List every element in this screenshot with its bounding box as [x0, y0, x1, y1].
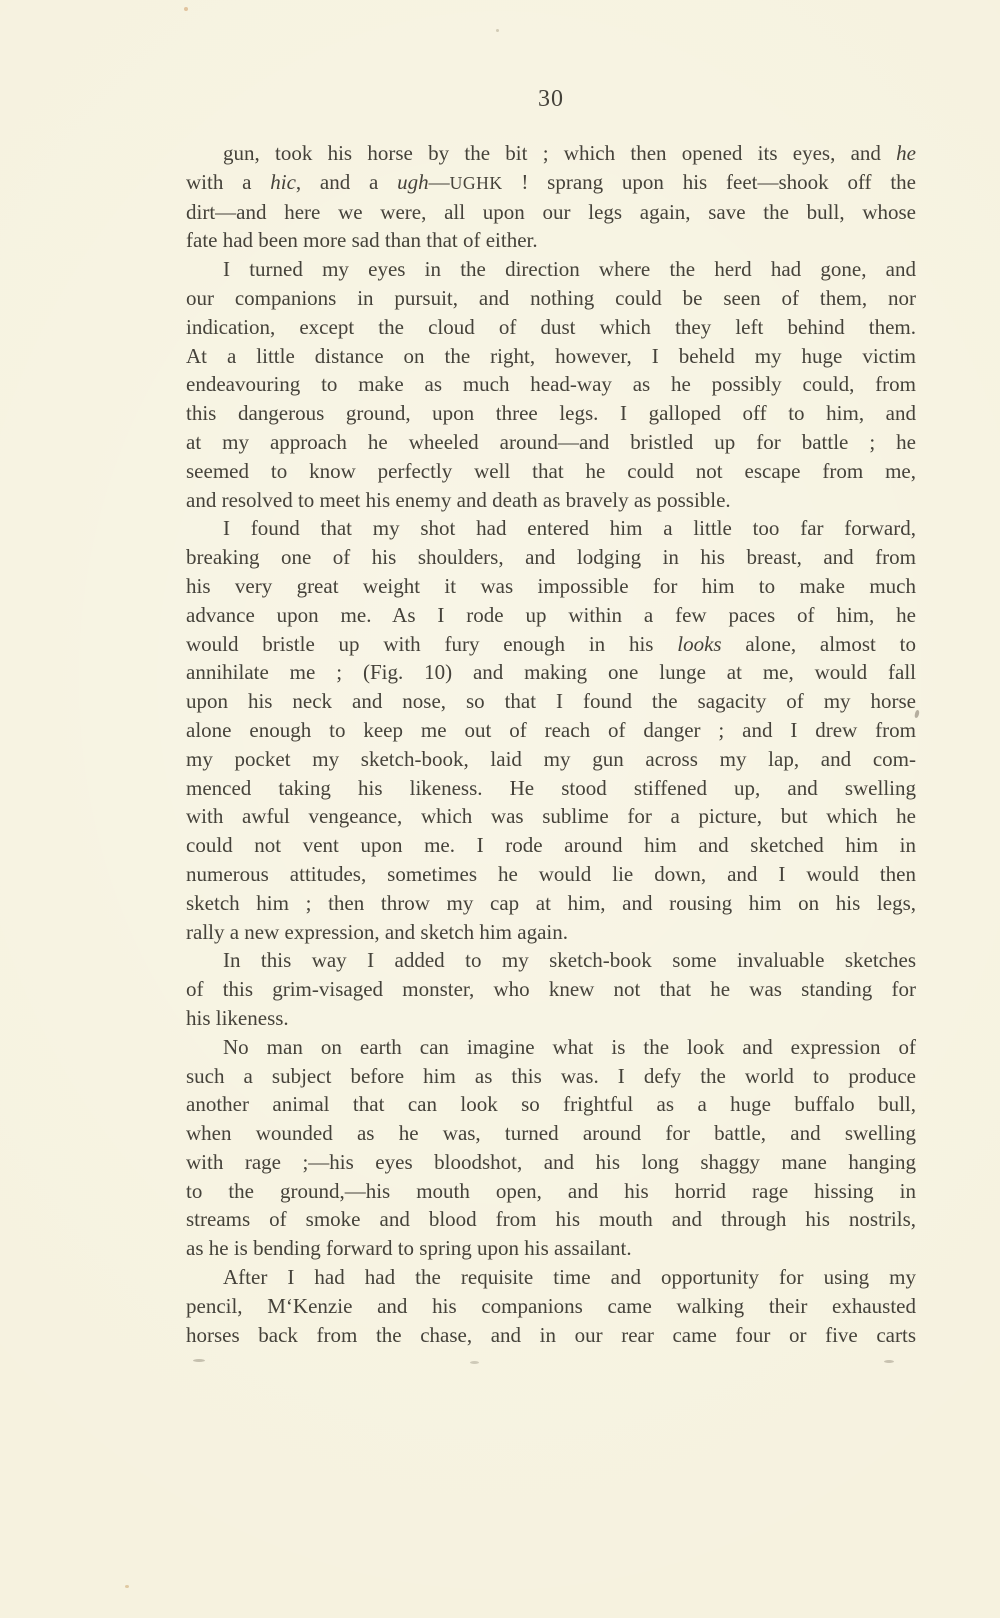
text-segment: I found that my shot had entered him a l… [223, 516, 916, 540]
paragraph: In this way I added to my sketch-book so… [186, 946, 916, 1032]
text-line: to the ground,—his mouth open, and his h… [186, 1177, 916, 1206]
text-segment: After I had had the requisite time and o… [223, 1265, 916, 1289]
text-segment: UGHK [450, 173, 503, 193]
text-segment: No man on earth can imagine what is the … [223, 1035, 916, 1059]
text-line: seemed to know perfectly well that he co… [186, 457, 916, 486]
text-line: would bristle up with fury enough in his… [186, 630, 916, 659]
text-line: and resolved to meet his enemy and death… [186, 486, 916, 515]
text-segment: sketch him ; then throw my cap at him, a… [186, 891, 916, 915]
text-segment: rally a new expression, and sketch him a… [186, 920, 568, 944]
text-line: sketch him ; then throw my cap at him, a… [186, 889, 916, 918]
scan-artifact [496, 29, 499, 32]
text-line: when wounded as he was, turned around fo… [186, 1119, 916, 1148]
text-segment: my pocket my sketch-book, laid my gun ac… [186, 747, 916, 771]
scan-artifact [884, 1360, 894, 1363]
text-segment: at my approach he wheeled around—and bri… [186, 430, 916, 454]
text-segment: he [896, 141, 916, 165]
paragraph: I found that my shot had entered him a l… [186, 514, 916, 946]
page-number: 30 [186, 86, 916, 113]
text-segment: breaking one of his shoulders, and lodgi… [186, 545, 916, 569]
text-line: his likeness. [186, 1004, 916, 1033]
scan-artifact [184, 7, 188, 11]
text-segment: and resolved to meet his enemy and death… [186, 488, 731, 512]
text-segment: fate had been more sad than that of eith… [186, 228, 538, 252]
text-segment: dirt—and here we were, all upon our legs… [186, 200, 916, 224]
text-segment: his likeness. [186, 1006, 289, 1030]
text-segment: annihilate me ; (Fig. 10) and making one… [186, 660, 916, 684]
text-line: endeavouring to make as much head-way as… [186, 370, 916, 399]
text-line: I found that my shot had entered him a l… [186, 514, 916, 543]
text-line: my pocket my sketch-book, laid my gun ac… [186, 745, 916, 774]
text-segment: pencil, M‘Kenzie and his companions came… [186, 1294, 916, 1318]
text-line: rally a new expression, and sketch him a… [186, 918, 916, 947]
page-text: gun, took his horse by the bit ; which t… [186, 139, 916, 1349]
text-segment: endeavouring to make as much head-way as… [186, 372, 916, 396]
text-line: streams of smoke and blood from his mout… [186, 1205, 916, 1234]
text-line: could not vent upon me. I rode around hi… [186, 831, 916, 860]
scan-artifact [193, 1359, 205, 1362]
text-segment: when wounded as he was, turned around fo… [186, 1121, 916, 1145]
book-page: 30 gun, took his horse by the bit ; whic… [0, 0, 1000, 1618]
text-segment: with awful vengeance, which was sublime … [186, 804, 916, 828]
text-segment: I turned my eyes in the direction where … [223, 257, 916, 281]
text-segment: — [429, 170, 450, 194]
text-segment: our companions in pursuit, and nothing c… [186, 286, 916, 310]
text-line: our companions in pursuit, and nothing c… [186, 284, 916, 313]
text-line: at my approach he wheeled around—and bri… [186, 428, 916, 457]
text-segment: ugh [397, 170, 429, 194]
text-line: such a subject before him as this was. I… [186, 1062, 916, 1091]
text-line: fate had been more sad than that of eith… [186, 226, 916, 255]
text-line: this dangerous ground, upon three legs. … [186, 399, 916, 428]
text-line: I turned my eyes in the direction where … [186, 255, 916, 284]
text-line: indication, except the cloud of dust whi… [186, 313, 916, 342]
text-segment: At a little distance on the right, howev… [186, 344, 916, 368]
text-segment: would bristle up with fury enough in his [186, 632, 677, 656]
text-line: No man on earth can imagine what is the … [186, 1033, 916, 1062]
text-segment: of this grim-visaged monster, who knew n… [186, 977, 916, 1001]
text-segment: alone, almost to [722, 632, 916, 656]
paragraph: I turned my eyes in the direction where … [186, 255, 916, 514]
text-segment: horses back from the chase, and in our r… [186, 1323, 916, 1347]
text-segment: gun, took his horse by the bit ; which t… [223, 141, 896, 165]
text-line: At a little distance on the right, howev… [186, 342, 916, 371]
text-segment: could not vent upon me. I rode around hi… [186, 833, 916, 857]
text-segment: , and a [296, 170, 397, 194]
text-segment: menced taking his likeness. He stood sti… [186, 776, 916, 800]
text-segment: streams of smoke and blood from his mout… [186, 1207, 916, 1231]
text-line: upon his neck and nose, so that I found … [186, 687, 916, 716]
text-segment: such a subject before him as this was. I… [186, 1064, 916, 1088]
text-line: advance upon me. As I rode up within a f… [186, 601, 916, 630]
text-segment: with rage ;—his eyes bloodshot, and his … [186, 1150, 916, 1174]
text-line: breaking one of his shoulders, and lodgi… [186, 543, 916, 572]
text-line: numerous attitudes, sometimes he would l… [186, 860, 916, 889]
text-segment: seemed to know perfectly well that he co… [186, 459, 916, 483]
text-segment: another animal that can look so frightfu… [186, 1092, 916, 1116]
text-segment: to the ground,—his mouth open, and his h… [186, 1179, 916, 1203]
text-line: gun, took his horse by the bit ; which t… [186, 139, 916, 168]
text-line: horses back from the chase, and in our r… [186, 1321, 916, 1350]
text-line: another animal that can look so frightfu… [186, 1090, 916, 1119]
text-segment: his very great weight it was impossible … [186, 574, 916, 598]
text-line: as he is bending forward to spring upon … [186, 1234, 916, 1263]
text-segment: advance upon me. As I rode up within a f… [186, 603, 916, 627]
text-segment: with a [186, 170, 270, 194]
text-segment: as he is bending forward to spring upon … [186, 1236, 632, 1260]
text-line: After I had had the requisite time and o… [186, 1263, 916, 1292]
text-segment: ! sprang upon his feet—shook off the [503, 170, 916, 194]
paragraph: After I had had the requisite time and o… [186, 1263, 916, 1349]
paragraph: gun, took his horse by the bit ; which t… [186, 139, 916, 255]
text-line: dirt—and here we were, all upon our legs… [186, 198, 916, 227]
text-segment: looks [677, 632, 721, 656]
paragraph: No man on earth can imagine what is the … [186, 1033, 916, 1263]
text-line: of this grim-visaged monster, who knew n… [186, 975, 916, 1004]
text-segment: In this way I added to my sketch-book so… [223, 948, 916, 972]
text-line: with a hic, and a ugh—UGHK ! sprang upon… [186, 168, 916, 198]
text-line: his very great weight it was impossible … [186, 572, 916, 601]
text-segment: hic [270, 170, 296, 194]
text-line: pencil, M‘Kenzie and his companions came… [186, 1292, 916, 1321]
text-segment: alone enough to keep me out of reach of … [186, 718, 916, 742]
scan-artifact [470, 1361, 479, 1364]
text-line: In this way I added to my sketch-book so… [186, 946, 916, 975]
scan-artifact [125, 1585, 129, 1588]
text-segment: upon his neck and nose, so that I found … [186, 689, 916, 713]
text-line: alone enough to keep me out of reach of … [186, 716, 916, 745]
text-segment: numerous attitudes, sometimes he would l… [186, 862, 916, 886]
text-line: with awful vengeance, which was sublime … [186, 802, 916, 831]
text-line: menced taking his likeness. He stood sti… [186, 774, 916, 803]
text-line: annihilate me ; (Fig. 10) and making one… [186, 658, 916, 687]
text-segment: this dangerous ground, upon three legs. … [186, 401, 916, 425]
text-segment: indication, except the cloud of dust whi… [186, 315, 916, 339]
text-line: with rage ;—his eyes bloodshot, and his … [186, 1148, 916, 1177]
